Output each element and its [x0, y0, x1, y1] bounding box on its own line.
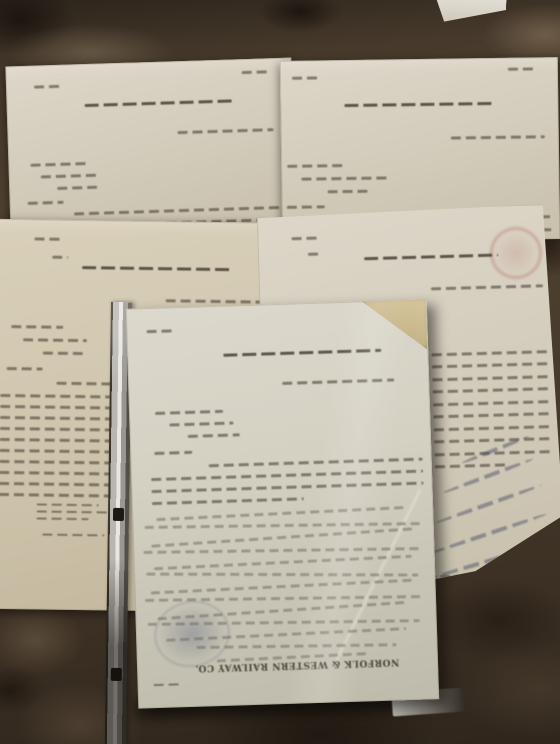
text-line — [443, 457, 534, 495]
text-line — [154, 451, 192, 455]
letter-front-sleeved: NORFOLK & WESTERN RAILWAY CO. — [126, 299, 439, 708]
text-line — [23, 338, 87, 342]
binder-hole — [113, 508, 124, 521]
text-line — [291, 237, 317, 241]
text-line — [177, 128, 273, 134]
text-line — [37, 503, 99, 506]
text-line — [328, 190, 368, 194]
text-line — [37, 510, 115, 513]
text-line — [155, 410, 223, 415]
text-line — [11, 325, 63, 329]
text-line — [151, 527, 413, 547]
text-line — [28, 201, 64, 205]
text-line — [30, 162, 90, 167]
text-line — [41, 174, 97, 179]
photo-of-letters: NORFOLK & WESTERN RAILWAY CO. — [0, 0, 560, 744]
text-line — [166, 299, 262, 303]
text-line — [42, 534, 104, 537]
text-line — [188, 433, 240, 438]
text-line — [344, 102, 496, 107]
folded-corner — [362, 299, 428, 351]
text-line — [151, 579, 417, 595]
text-line — [57, 186, 97, 190]
text-line — [146, 329, 174, 333]
text-line — [7, 367, 43, 371]
text-line — [43, 352, 83, 356]
text-line — [146, 573, 418, 577]
text-line — [152, 497, 304, 505]
text-line — [209, 458, 423, 468]
text-line — [308, 252, 322, 255]
text-line — [52, 256, 68, 259]
text-line — [508, 67, 538, 70]
text-line — [292, 76, 320, 79]
binder-hole — [111, 668, 122, 681]
text-line — [223, 349, 381, 357]
text-line — [145, 522, 421, 529]
paper-corner-top-right — [433, 0, 506, 25]
text-line — [287, 205, 325, 209]
text-line — [34, 237, 62, 240]
text-line — [154, 683, 180, 686]
text-line — [37, 517, 89, 520]
text-line — [364, 254, 498, 261]
text-line — [145, 595, 423, 602]
text-line — [143, 547, 423, 554]
text-line — [154, 555, 412, 571]
text-line — [431, 284, 543, 290]
text-line — [34, 85, 60, 89]
text-line — [151, 482, 423, 494]
text-line — [301, 176, 387, 180]
text-line — [282, 378, 394, 385]
letter-top-left — [5, 58, 296, 239]
text-line — [151, 470, 423, 482]
text-line — [82, 266, 234, 271]
text-line — [85, 99, 237, 107]
text-line — [74, 206, 288, 216]
text-line — [242, 70, 272, 74]
text-line — [287, 164, 343, 168]
text-line — [451, 135, 545, 139]
text-line — [169, 422, 233, 427]
text-line — [156, 506, 406, 521]
